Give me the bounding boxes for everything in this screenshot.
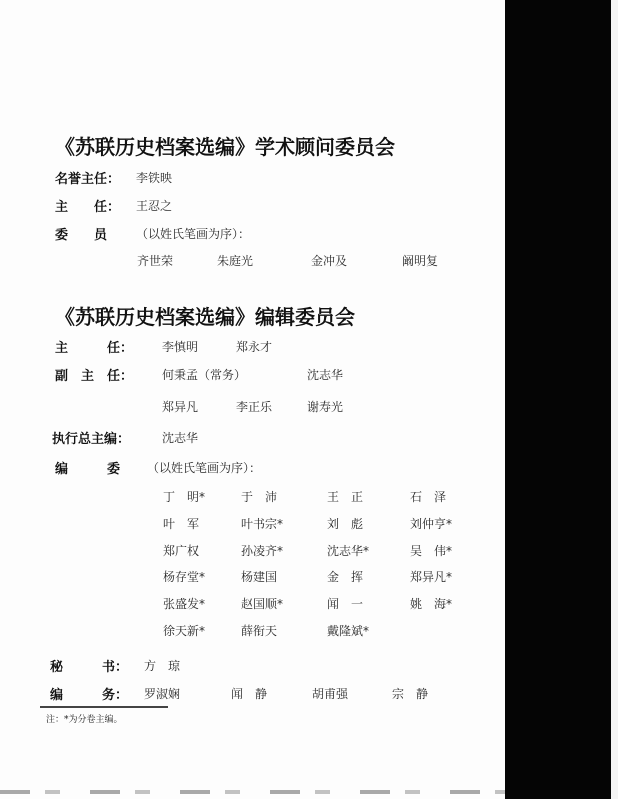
advisory-chair-label: 主 任：: [55, 196, 120, 215]
editorial-affairs-name: 闻 静: [231, 685, 267, 702]
scan-border: [505, 0, 611, 799]
editor-name: 丁 明*: [163, 488, 205, 505]
editor-name: 刘仲亨*: [410, 515, 452, 532]
editorial-chair-name: 李慎明: [162, 338, 198, 355]
editor-name: 姚 海*: [410, 595, 452, 612]
secretary-name: 方 琼: [144, 657, 180, 674]
advisory-member-name: 齐世荣: [137, 252, 173, 269]
editorial-chair-name: 郑永才: [236, 338, 272, 355]
editor-name: 郑异凡*: [410, 568, 452, 585]
editor-name: 张盛发*: [163, 595, 205, 612]
editorial-affairs-name: 宗 静: [392, 685, 428, 702]
editorial-committee-title: 《苏联历史档案选编》编辑委员会: [55, 301, 355, 330]
editorial-affairs-name: 罗淑娴: [144, 685, 180, 702]
editor-name: 叶 军: [163, 515, 199, 532]
editorial-affairs-label: 编 务：: [50, 684, 128, 703]
editor-name: 金 挥: [327, 568, 363, 585]
editor-name: 吴 伟*: [410, 542, 452, 559]
honorary-chair-name: 李铁映: [136, 169, 172, 186]
honorary-chair-label: 名誉主任：: [55, 168, 120, 187]
vice-chair-name: 谢寿光: [307, 398, 343, 415]
vice-chair-name: 李正乐: [236, 398, 272, 415]
vice-chair-name: 沈志华: [307, 366, 343, 383]
advisory-member-name: 金冲及: [311, 252, 347, 269]
editor-name: 郑广权: [163, 542, 199, 559]
editor-name: 杨建国: [241, 568, 277, 585]
vice-chair-name: 郑异凡: [162, 398, 198, 415]
editor-name: 徐天新*: [163, 622, 205, 639]
advisory-members-label: 委 员: [55, 224, 107, 243]
editor-name: 闻 一: [327, 595, 363, 612]
editors-label: 编 委: [55, 458, 120, 477]
executive-editor-name: 沈志华: [162, 429, 198, 446]
advisory-member-name: 阚明复: [402, 252, 438, 269]
footnote-divider: [40, 706, 168, 708]
editor-name: 孙凌齐*: [241, 542, 283, 559]
editor-name: 石 泽: [410, 488, 446, 505]
advisory-members-note: （以姓氏笔画为序）：: [136, 225, 250, 242]
editors-note: （以姓氏笔画为序）：: [147, 459, 261, 476]
editor-name: 杨存堂*: [163, 568, 205, 585]
editor-name: 赵国顺*: [241, 595, 283, 612]
vice-chair-name: 何秉孟（常务）: [162, 366, 246, 383]
footnote: 注：*为分卷主编。: [46, 712, 123, 725]
editorial-chair-label: 主 任：: [55, 337, 133, 356]
editor-name: 刘 彪: [327, 515, 363, 532]
editor-name: 戴隆斌*: [327, 622, 369, 639]
scan-margin: [611, 0, 618, 799]
editor-name: 薛衔天: [241, 622, 277, 639]
secretary-label: 秘 书：: [50, 656, 128, 675]
editor-name: 王 正: [327, 488, 363, 505]
advisory-committee-title: 《苏联历史档案选编》学术顾问委员会: [55, 131, 395, 160]
editor-name: 于 沛: [241, 488, 277, 505]
advisory-member-name: 朱庭光: [217, 252, 253, 269]
editor-name: 叶书宗*: [241, 515, 283, 532]
vice-chair-label: 副 主 任：: [55, 365, 133, 384]
document-page: 《苏联历史档案选编》学术顾问委员会 名誉主任： 李铁映 主 任： 王忍之 委 员…: [0, 0, 505, 799]
editor-name: 沈志华*: [327, 542, 369, 559]
executive-editor-label: 执行总主编：: [52, 428, 130, 447]
advisory-chair-name: 王忍之: [136, 197, 172, 214]
scan-artifact: [0, 790, 505, 794]
editorial-affairs-name: 胡甫强: [312, 685, 348, 702]
